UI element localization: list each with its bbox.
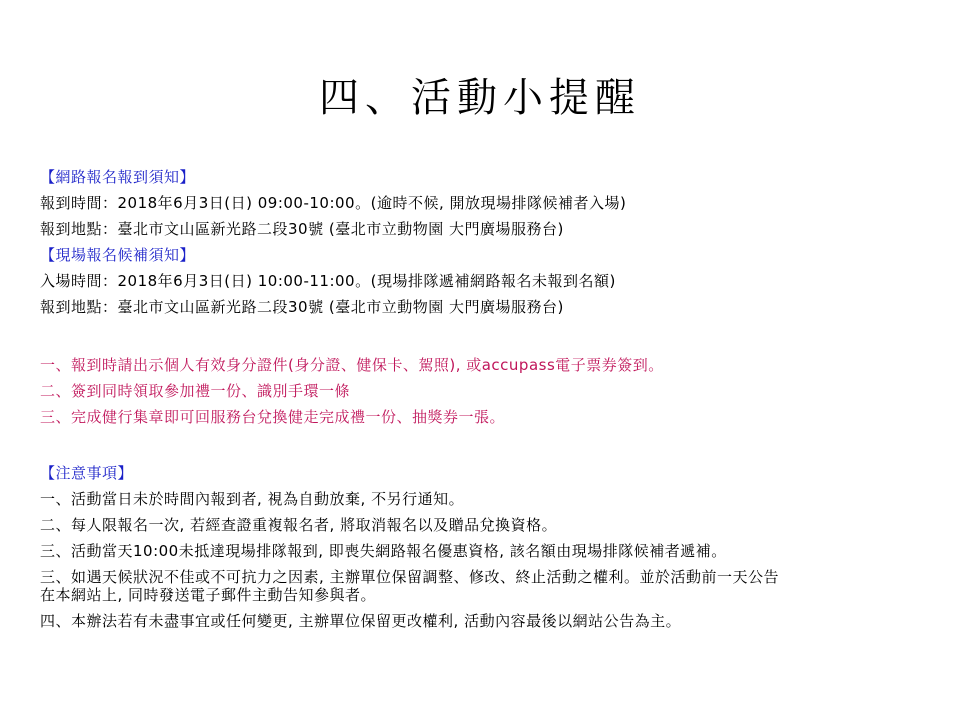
section-heading-notes: 【注意事項】 [40, 460, 940, 486]
spacer [40, 320, 940, 352]
notes-section: 【注意事項】 一、活動當日未於時間內報到者, 視為自動放棄, 不另行通知。 二、… [40, 460, 940, 634]
highlight-item: 二、簽到同時領取參加禮一份、識別手環一條 [40, 378, 940, 404]
page-title: 四、活動小提醒 [0, 70, 960, 126]
section-heading-onsite: 【現場報名候補須知】 [40, 242, 940, 268]
note-item-line: 在本網站上, 同時發送電子郵件主動告知參與者。 [40, 586, 940, 604]
spacer [40, 430, 940, 460]
note-item-line: 三、如遇天候狀況不佳或不可抗力之因素, 主辦單位保留調整、修改、終止活動之權利。… [40, 568, 940, 586]
note-item: 二、每人限報名一次, 若經查證重複報名者, 將取消報名以及贈品兌換資格。 [40, 512, 940, 538]
note-item: 四、本辦法若有未盡事宜或任何變更, 主辦單位保留更改權利, 活動內容最後以網站公… [40, 608, 940, 634]
online-checkin-time: 報到時間：2018年6月3日(日) 09:00-10:00。(逾時不候, 開放現… [40, 190, 940, 216]
onsite-checkin-location: 報到地點：臺北市文山區新光路二段30號 (臺北市立動物園 大門廣場服務台) [40, 294, 940, 320]
highlight-item: 三、完成健行集章即可回服務台兌換健走完成禮一份、抽獎券一張。 [40, 404, 940, 430]
note-item: 一、活動當日未於時間內報到者, 視為自動放棄, 不另行通知。 [40, 486, 940, 512]
online-checkin-location: 報到地點：臺北市文山區新光路二段30號 (臺北市立動物園 大門廣場服務台) [40, 216, 940, 242]
section-heading-online: 【網路報名報到須知】 [40, 164, 940, 190]
online-registration-section: 【網路報名報到須知】 報到時間：2018年6月3日(日) 09:00-10:00… [40, 164, 940, 242]
highlight-item: 一、報到時請出示個人有效身分證件(身分證、健保卡、駕照), 或accupass電… [40, 352, 940, 378]
note-item: 三、活動當天10:00未抵達現場排隊報到, 即喪失網路報名優惠資格, 該名額由現… [40, 538, 940, 564]
content-body: 【網路報名報到須知】 報到時間：2018年6月3日(日) 09:00-10:00… [40, 164, 940, 634]
onsite-entry-time: 入場時間：2018年6月3日(日) 10:00-11:00。(現場排隊遞補網路報… [40, 268, 940, 294]
note-item-multiline: 三、如遇天候狀況不佳或不可抗力之因素, 主辦單位保留調整、修改、終止活動之權利。… [40, 568, 940, 604]
highlights-list: 一、報到時請出示個人有效身分證件(身分證、健保卡、駕照), 或accupass電… [40, 352, 940, 430]
onsite-registration-section: 【現場報名候補須知】 入場時間：2018年6月3日(日) 10:00-11:00… [40, 242, 940, 320]
